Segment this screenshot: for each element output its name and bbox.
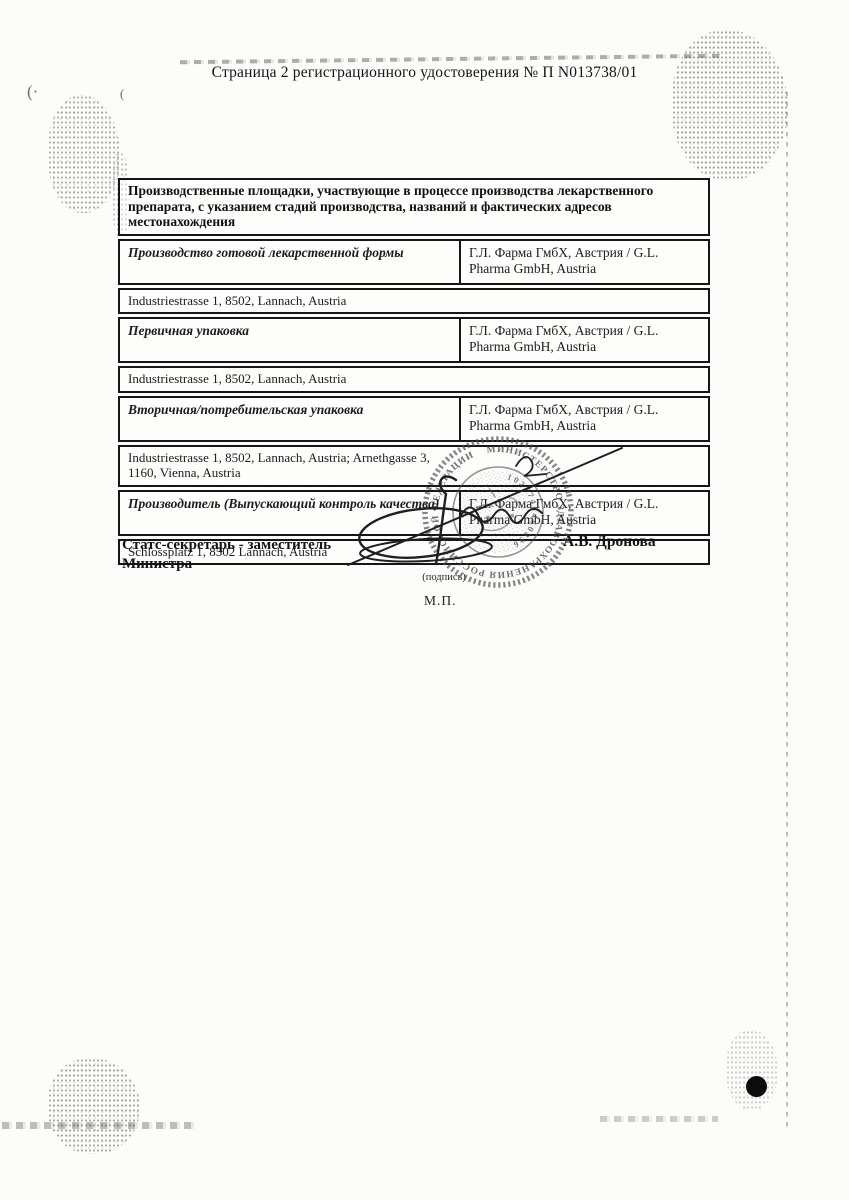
scan-noise-top-right xyxy=(672,30,788,180)
address-cell: Industriestrasse 1, 8502, Lannach, Austr… xyxy=(128,293,700,309)
table-row-address-2: Industriestrasse 1, 8502, Lannach, Austr… xyxy=(118,366,710,393)
scan-noise-bottom-left xyxy=(48,1058,140,1154)
table-row-address-1: Industriestrasse 1, 8502, Lannach, Austr… xyxy=(118,288,710,315)
table-header-cell: Производственные площадки, участвующие в… xyxy=(118,178,710,236)
scan-smudge-bottom-right-line xyxy=(600,1116,718,1122)
scan-noise-top-left xyxy=(48,95,120,213)
table-row-stage-1: Производство готовой лекарственной формы… xyxy=(118,239,710,285)
stage-cell: Производство готовой лекарственной формы xyxy=(120,241,461,283)
manufacturer-cell: Г.Л. Фарма ГмбХ, Австрия / G.L. Pharma G… xyxy=(461,319,708,361)
signer-name: А.В. Дронова xyxy=(563,533,656,551)
address-cell: Industriestrasse 1, 8502, Lannach, Austr… xyxy=(128,371,700,387)
signature-flat-loop xyxy=(360,536,493,565)
signature-flourish-stroke xyxy=(516,457,546,476)
table-row-stage-2: Первичная упаковка Г.Л. Фарма ГмбХ, Авст… xyxy=(118,317,710,363)
page-header-title: Страница 2 регистрационного удостоверени… xyxy=(0,64,849,82)
scan-noise-bottom-right xyxy=(726,1030,778,1110)
scan-noise-right-edge-line xyxy=(786,92,788,1132)
scanned-document-page: (· ( Страница 2 регистрационного удостов… xyxy=(0,0,849,1200)
seal-place-caption: М.П. xyxy=(424,593,457,609)
handwritten-signature-scrawl xyxy=(330,420,640,585)
stage-cell: Первичная упаковка xyxy=(120,319,461,361)
manufacturer-cell: Г.Л. Фарма ГмбХ, Австрия / G.L. Pharma G… xyxy=(461,241,708,283)
hole-punch-dot xyxy=(746,1076,767,1097)
scan-mark-paren-inner: ( xyxy=(120,86,124,102)
scan-mark-paren-left: (· xyxy=(27,82,38,102)
scan-smudge-top-line xyxy=(180,54,720,65)
